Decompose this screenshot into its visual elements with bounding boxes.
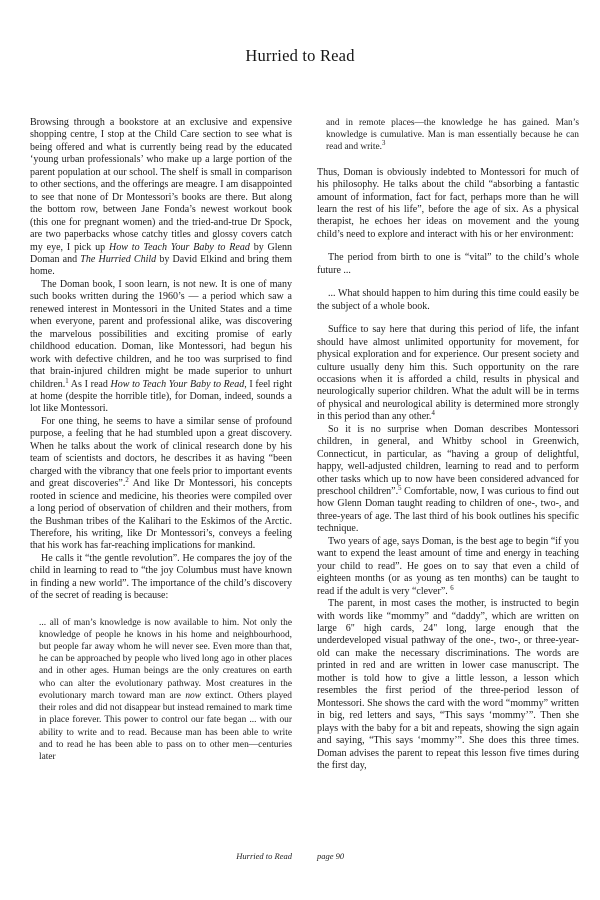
text-run: The Doman book, I soon learn, is not new…	[30, 279, 292, 390]
paragraph: He calls it “the gentle revolution”. He …	[30, 553, 292, 603]
page-title: Hurried to Read	[0, 46, 600, 66]
quote-block: ... all of man’s knowledge is now availa…	[39, 617, 292, 763]
page-footer: Hurried to Read page 90	[30, 851, 344, 861]
footer-running-title: Hurried to Read	[30, 851, 292, 861]
italic-text-run: How to Teach Your Baby to Read	[109, 242, 250, 253]
italic-text-run: How to Teach Your Baby to Read	[111, 379, 245, 390]
footnote-ref: 4	[431, 410, 434, 417]
right-column: and in remote places—the knowledge he ha…	[317, 117, 579, 776]
quote-block: ... What should happen to him during thi…	[317, 288, 579, 313]
footnote-ref: 3	[382, 140, 385, 147]
text-run: ... all of man’s knowledge is now availa…	[39, 618, 292, 701]
text-run: The period from birth to one is “vital” …	[317, 252, 579, 275]
italic-text-run: The Hurried Child	[80, 254, 156, 265]
paragraph: The parent, in most cases the mother, is…	[317, 598, 579, 772]
paragraph: The Doman book, I soon learn, is not new…	[30, 279, 292, 416]
paragraph: For one thing, he seems to have a simila…	[30, 416, 292, 553]
text-run: extinct. Others played their roles and d…	[39, 691, 292, 762]
paragraph: Suffice to say here that during this per…	[317, 324, 579, 424]
footnote-ref: 6	[450, 585, 453, 592]
footer-page-number: page 90	[317, 851, 344, 861]
paragraph: So it is no surprise when Doman describe…	[317, 424, 579, 536]
text-run: As I read	[69, 379, 111, 390]
paragraph: Browsing through a bookstore at an exclu…	[30, 117, 292, 279]
paragraph: Two years of age, says Doman, is the bes…	[317, 536, 579, 598]
text-run: and in remote places—the knowledge he ha…	[326, 118, 579, 152]
quote-block: and in remote places—the knowledge he ha…	[326, 117, 579, 154]
text-run: Browsing through a bookstore at an exclu…	[30, 117, 292, 253]
text-run: ... What should happen to him during thi…	[317, 288, 579, 311]
book-page: Hurried to Read Browsing through a books…	[0, 0, 600, 900]
text-run: Suffice to say here that during this per…	[317, 324, 579, 422]
quote-block: The period from birth to one is “vital” …	[317, 252, 579, 277]
left-column: Browsing through a bookstore at an exclu…	[30, 117, 292, 776]
text-run: Thus, Doman is obviously indebted to Mon…	[317, 167, 579, 240]
italic-text-run: now	[185, 691, 201, 701]
paragraph: Thus, Doman is obviously indebted to Mon…	[317, 167, 579, 242]
text-run: He calls it “the gentle revolution”. He …	[30, 553, 292, 601]
text-run: The parent, in most cases the mother, is…	[317, 598, 579, 771]
text-run: Two years of age, says Doman, is the bes…	[317, 536, 579, 597]
text-columns: Browsing through a bookstore at an exclu…	[30, 117, 579, 776]
